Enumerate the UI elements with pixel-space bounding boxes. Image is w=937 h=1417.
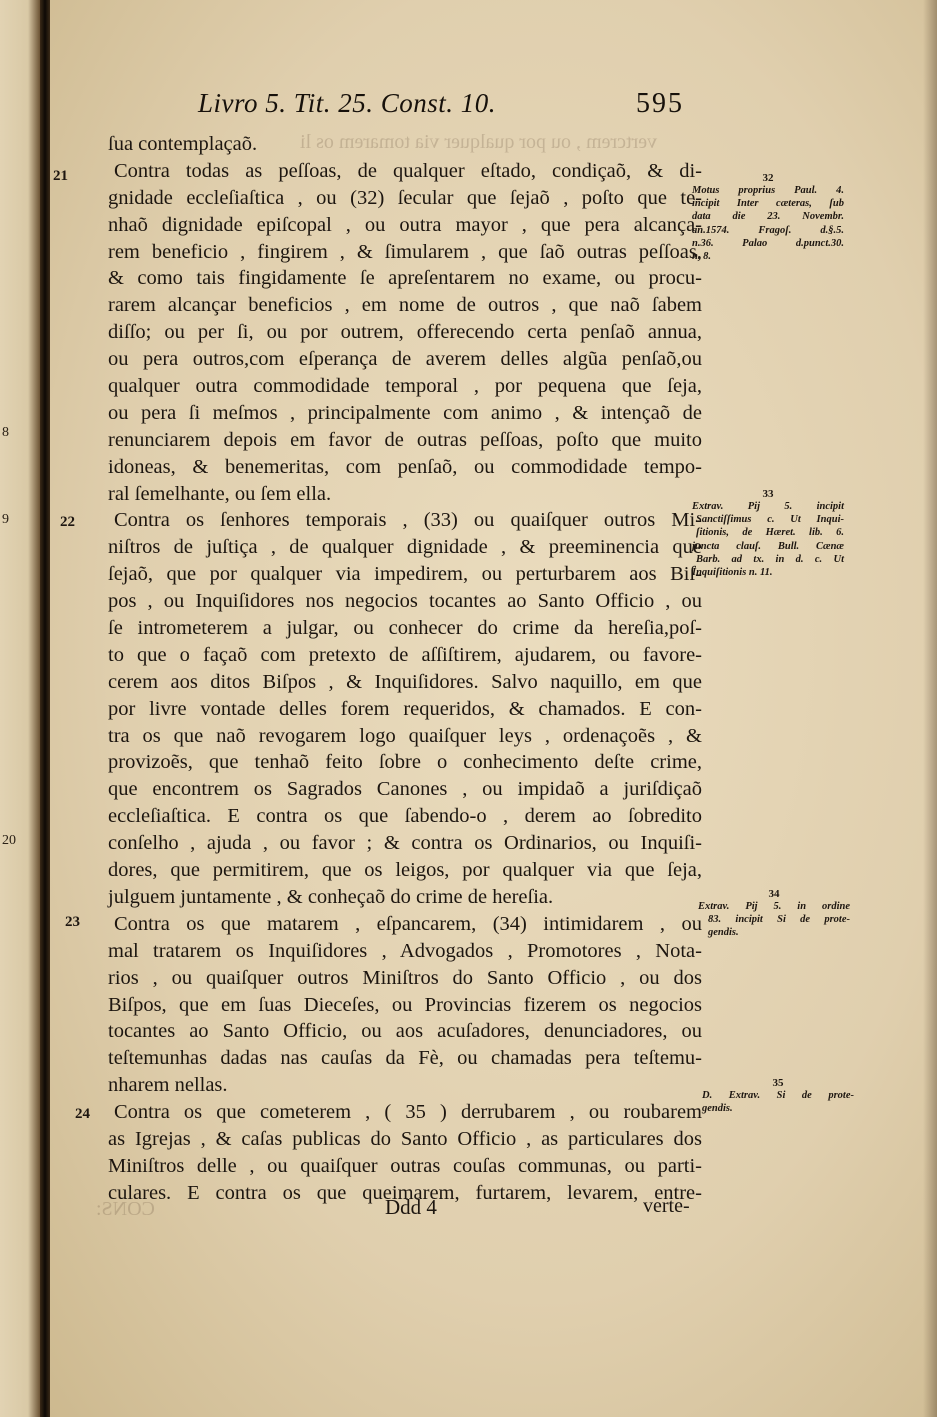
text-line: qualquer outra commodidade temporal , po… <box>108 373 702 400</box>
text-line: as Igrejas , & caſas publicas do Santo O… <box>108 1126 702 1153</box>
catchword: verte- <box>643 1195 690 1218</box>
text-line: dores, que permitirem, que os leigos, po… <box>108 857 702 884</box>
text-line: Contra todas as peſſoas, de qualquer eſt… <box>108 158 702 185</box>
text-line: teſtemunhas dadas nas cauſas da Fè, ou c… <box>108 1045 702 1072</box>
note-number: 32 <box>692 173 844 184</box>
scanned-book-spread: 8 9 20 vertcrem , ou por qualquer via to… <box>0 0 937 1417</box>
paragraph-number: 21 <box>53 168 68 185</box>
paragraph-22: Contra os ſenhores temporais , (33) ou q… <box>108 507 702 910</box>
text-line: ſua contemplaçaõ. <box>108 131 702 158</box>
paragraph-23: Contra os que matarem , eſpancarem, (34)… <box>108 911 702 1099</box>
page-number: 595 <box>636 88 684 120</box>
text-line: julguem juntamente , & conheçaõ do crime… <box>108 884 702 911</box>
marginal-note-34: 34 Extrav. Pij 5. in ordine 83. incipit … <box>698 889 850 940</box>
note-line: Barb. ad tx. in d. c. Ut <box>692 553 844 566</box>
left-page-line-number: 9 <box>2 512 9 528</box>
note-line: gendis. <box>702 1102 854 1115</box>
note-line: gendis. <box>698 926 850 939</box>
text-line: idoneas, & benemeritas, com penſaõ, ou c… <box>108 454 702 481</box>
note-line: juncta clauſ. Bull. Cænæ <box>692 540 844 553</box>
text-line: nhaõ dignidade epiſcopal , ou outra mayo… <box>108 212 702 239</box>
note-line: D. Extrav. Si de prote- <box>702 1089 854 1102</box>
text-line: ral ſemelhante, ou ſem ella. <box>108 481 702 508</box>
book-gutter <box>40 0 50 1417</box>
text-line: Contra os que cometerem , ( 35 ) derruba… <box>108 1099 702 1126</box>
note-number: 34 <box>698 889 850 900</box>
text-line: rem beneficio , fingirem , & ſimularem ,… <box>108 239 702 266</box>
text-line: rios , ou quaiſquer outros Miniſtros do … <box>108 965 702 992</box>
text-line: ſe intrometerem a julgar, ou conhecer do… <box>108 615 702 642</box>
text-line: gnidade eccleſiaſtica , ou (32) ſecular … <box>108 185 702 212</box>
paragraph-number: 23 <box>65 914 80 931</box>
text-line: por livre vontade delles forem requerido… <box>108 696 702 723</box>
text-line: to que o façaõ com pretexto de aſſiſtire… <box>108 642 702 669</box>
note-number: 33 <box>692 489 844 500</box>
text-line: niſtros de juſtiça , de qualquer dignida… <box>108 534 702 561</box>
left-page-line-number: 20 <box>2 833 16 849</box>
text-line: provizoẽs, que tenhaõ feito ſobre o conh… <box>108 749 702 776</box>
text-line: mal tratarem os Inquiſidores , Advogados… <box>108 938 702 965</box>
note-line: ſitionis, de Hæret. lib. 6. <box>692 526 844 539</box>
marginal-note-33: 33 Extrav. Pij 5. incipit Sanctiſſimus c… <box>692 489 844 579</box>
text-line: Biſpos, que em ſuas Dieceſes, ou Provinc… <box>108 992 702 1019</box>
text-line: nharem nellas. <box>108 1072 702 1099</box>
page-edge-shadow <box>923 0 937 1417</box>
note-line: an.1574. Fragoſ. d.§.5. <box>692 224 844 237</box>
text-line: tocantes ao Santo Officio, ou aos acuſad… <box>108 1018 702 1045</box>
note-line: n.36. Palao d.punct.30. <box>692 237 844 250</box>
paragraph-continuation: ſua contemplaçaõ. <box>108 131 702 158</box>
running-title: Livro 5. Tit. 25. Const. 10. <box>198 88 496 119</box>
note-line: Inquiſitionis n. 11. <box>692 566 844 579</box>
note-line: incipit Inter cæteras, ſub <box>692 197 844 210</box>
text-line: Miniſtros delle , ou quaiſquer outras co… <box>108 1153 702 1180</box>
text-line: eccleſiaſtica. E contra os que ſabendo-o… <box>108 803 702 830</box>
text-line: ou pera ſi meſmos , principalmente com a… <box>108 400 702 427</box>
text-line: Contra os que matarem , eſpancarem, (34)… <box>108 911 702 938</box>
text-line: Contra os ſenhores temporais , (33) ou q… <box>108 507 702 534</box>
text-line: renunciarem depois em favor de outras pe… <box>108 427 702 454</box>
note-line: Extrav. Pij 5. in ordine <box>698 900 850 913</box>
note-line: data die 23. Novembr. <box>692 210 844 223</box>
note-line: 83. incipit Si de prote- <box>698 913 850 926</box>
note-line: Motus proprius Paul. 4. <box>692 184 844 197</box>
text-line: pos , ou Inquiſidores nos negocios tocan… <box>108 588 702 615</box>
left-page-line-number: 8 <box>2 425 9 441</box>
text-line: ou pera outros,com eſperança de averem d… <box>108 346 702 373</box>
text-line: cerem aos ditos Biſpos , & Inquiſidores.… <box>108 669 702 696</box>
note-line: n. 8. <box>692 250 844 263</box>
main-text-block: ſua contemplaçaõ. Contra todas as peſſoa… <box>108 131 702 1207</box>
text-line: ſejaõ, que por qualquer via impedirem, o… <box>108 561 702 588</box>
text-line: rarem alcançar beneficios , em nome de o… <box>108 292 702 319</box>
text-line: conſelho , ajuda , ou favor ; & contra o… <box>108 830 702 857</box>
text-line: que encontrem os Sagrados Canones , ou i… <box>108 776 702 803</box>
paragraph-number: 24 <box>75 1106 90 1123</box>
left-page-edge: 8 9 20 <box>0 0 40 1417</box>
running-header: Livro 5. Tit. 25. Const. 10. 595 <box>198 88 698 124</box>
note-line: Sanctiſſimus c. Ut Inqui- <box>692 513 844 526</box>
signature-mark: Ddd 4 <box>385 1195 437 1220</box>
text-line: tra os que naõ revogarem logo quaiſquer … <box>108 723 702 750</box>
text-line: diſſo; ou per ſi, ou por outrem, offerec… <box>108 319 702 346</box>
text-line: & como tais fingidamente ſe apreſentarem… <box>108 265 702 292</box>
note-line: Extrav. Pij 5. incipit <box>692 500 844 513</box>
paragraph-number: 22 <box>60 514 75 531</box>
marginal-note-35: 35 D. Extrav. Si de prote- gendis. <box>702 1078 854 1115</box>
note-number: 35 <box>702 1078 854 1089</box>
paragraph-21: Contra todas as peſſoas, de qualquer eſt… <box>108 158 702 508</box>
marginal-note-32: 32 Motus proprius Paul. 4. incipit Inter… <box>692 173 844 263</box>
paragraph-24: Contra os que cometerem , ( 35 ) derruba… <box>108 1099 702 1207</box>
